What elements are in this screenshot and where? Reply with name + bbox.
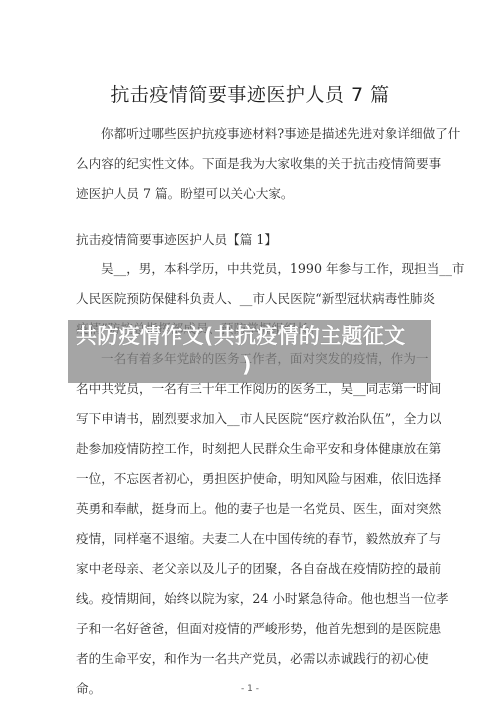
body-line: 子和一名好爸爸，但面对疫情的严峻形势，他首先想到的是医院患 — [76, 614, 428, 644]
body-line: 赴参加疫情防控工作，时刻把人民群众生命平安和身体健康放在第 — [76, 434, 428, 464]
document-title: 抗击疫情简要事迹医护人员 7 篇 — [0, 80, 500, 107]
body-line: 人民医院预防保健科负责人、__市人民医院“新型冠状病毒性肺炎 — [76, 284, 428, 314]
body-line: 线。疫情期间，始终以院为家，24 小时紧急待命。他也想当一位孝 — [76, 584, 428, 614]
body-line: 写下申请书，剧烈要求加入__市人民医院“医疗救治队伍”，全力以 — [76, 404, 428, 434]
section-heading: 抗击疫情简要事迹医护人员【篇 1】 — [76, 225, 277, 255]
overlay-title-line2: ) — [76, 351, 436, 380]
intro-line: 么内容的纪实性文体。下面是我为大家收集的关于抗击疫情简要事 — [76, 149, 428, 179]
overlay-title-line1: 共防疫情作文(共抗疫情的主题征文 — [76, 324, 405, 348]
body-line: 疫情，同样毫不退缩。夫妻二人在中国传统的春节，毅然放弃了与 — [76, 524, 428, 554]
intro-line: 你都听过哪些医护抗疫事迹材料?事迹是描述先进对象详细做了什 — [76, 119, 428, 149]
intro-paragraph: 你都听过哪些医护抗疫事迹材料?事迹是描述先进对象详细做了什 么内容的纪实性文体。… — [76, 119, 428, 209]
body-line: 吴__，男，本科学历，中共党员，1990 年参与工作，现担当__市 — [76, 254, 428, 284]
body-line: 一位，不忘医者初心，勇担医护使命，明知风险与困难，依旧选择 — [76, 464, 428, 494]
body-line: 家中老母亲、老父亲以及儿子的团聚，各自奋战在疫情防控的最前 — [76, 554, 428, 584]
overlay-title[interactable]: 共防疫情作文(共抗疫情的主题征文 ) — [76, 322, 436, 380]
intro-line: 迹医护人员 7 篇。盼望可以关心大家。 — [76, 179, 428, 209]
body-line: 者的生命平安，和作为一名共产党员，必需以赤诚践行的初心使 — [76, 644, 428, 674]
page-number: - 1 - — [0, 684, 500, 694]
document-page: 抗击疫情简要事迹医护人员 7 篇 你都听过哪些医护抗疫事迹材料?事迹是描述先进对… — [0, 0, 500, 706]
body-line: 英勇和奉献，挺身而上。他的妻子也是一名党员、医生，面对突然 — [76, 494, 428, 524]
